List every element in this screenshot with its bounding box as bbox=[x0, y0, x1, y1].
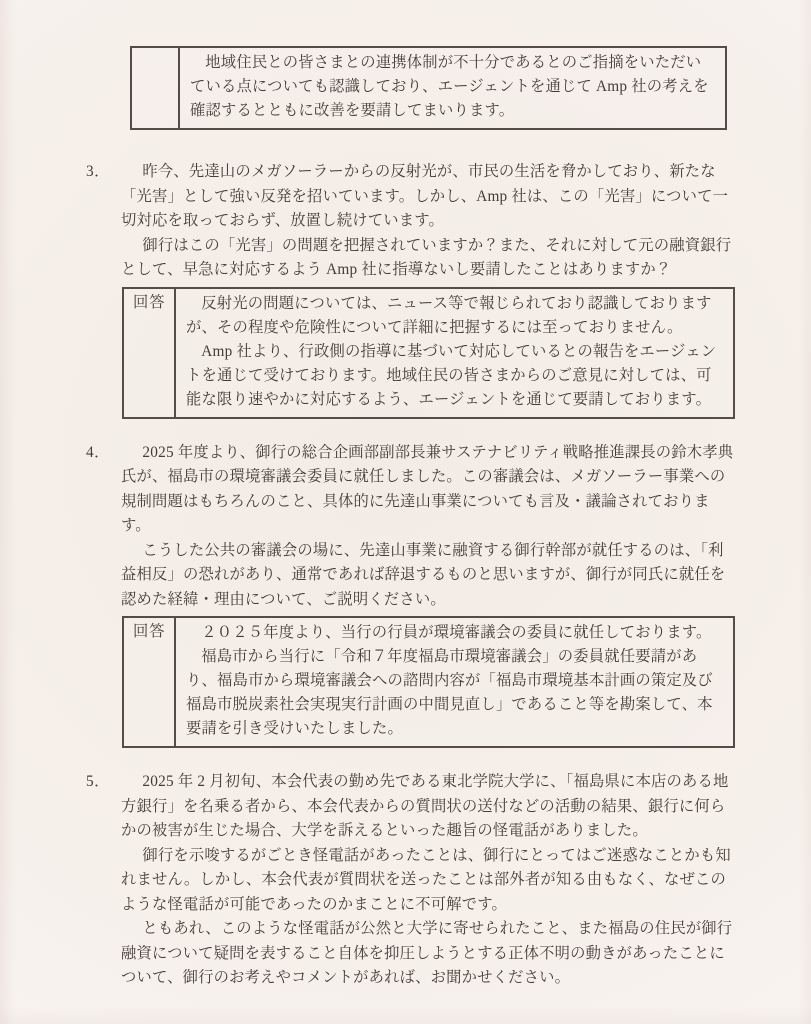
answer-paragraph: 地域住民との皆さまとの連携体制が不十分であるとのご指摘をいただいている点について… bbox=[190, 51, 713, 123]
question-paragraph: ともあれ、このような怪電話が公然と大学に寄せられたこと、また福島の住民が御行融資… bbox=[121, 917, 735, 991]
question-item-body: 昨今、先達山のメガソーラーからの反射光が、市民の生活を脅かしており、新たな「光害… bbox=[121, 160, 735, 283]
item-number: 4． bbox=[86, 441, 121, 613]
answer-continuation-body: 地域住民との皆さまとの連携体制が不十分であるとのご指摘をいただいている点について… bbox=[180, 48, 725, 128]
scanned-document-page: 地域住民との皆さまとの連携体制が不十分であるとのご指摘をいただいている点について… bbox=[0, 0, 811, 1024]
item-number: 5． bbox=[86, 770, 121, 991]
question-item-body: 2025 年 2 月初旬、本会代表の勤め先である東北学院大学に、「福島県に本店の… bbox=[121, 770, 735, 991]
answer-label-cell-empty bbox=[132, 48, 180, 128]
question-paragraph: こうした公共の審議会の場に、先達山事業に融資する御行幹部が就任するのは、「利益相… bbox=[121, 539, 735, 613]
answer-paragraph: 反射光の問題については、ニュース等で報じられており認識しておりますが、その程度や… bbox=[186, 292, 721, 340]
answer-paragraph: ２０２５年度より、当行の行員が環境審議会の委員に就任しております。 bbox=[186, 621, 721, 645]
item-number: 3． bbox=[86, 160, 121, 283]
question-item-3: 3． 昨今、先達山のメガソーラーからの反射光が、市民の生活を脅かしており、新たな… bbox=[86, 160, 811, 283]
question-item-body: 2025 年度より、御行の総合企画部副部長兼サステナビリティ戦略推進課長の鈴木孝… bbox=[121, 441, 735, 613]
question-paragraph: 御行を示唆するがごとき怪電話があったことは、御行にとってはご迷惑なことかも知れま… bbox=[121, 844, 735, 918]
answer-label: 回答 bbox=[124, 618, 176, 746]
answer-label: 回答 bbox=[124, 289, 176, 417]
question-paragraph: 2025 年度より、御行の総合企画部副部長兼サステナビリティ戦略推進課長の鈴木孝… bbox=[121, 441, 735, 539]
answer-paragraph: Amp 社より、行政側の指導に基づいて対応しているとの報告をエージェントを通じて… bbox=[186, 340, 721, 412]
question-item-5: 5． 2025 年 2 月初旬、本会代表の勤め先である東北学院大学に、「福島県に… bbox=[86, 770, 811, 991]
answer-continuation-box: 地域住民との皆さまとの連携体制が不十分であるとのご指摘をいただいている点について… bbox=[130, 46, 727, 130]
spacer bbox=[0, 419, 811, 441]
answer-body: 反射光の問題については、ニュース等で報じられており認識しておりますが、その程度や… bbox=[176, 289, 733, 417]
answer-paragraph: 福島市から当行に「令和７年度福島市環境審議会」の委員就任要請があり、福島市から環… bbox=[186, 645, 721, 741]
answer-box-3: 回答 反射光の問題については、ニュース等で報じられており認識しておりますが、その… bbox=[122, 287, 735, 419]
question-paragraph: 2025 年 2 月初旬、本会代表の勤め先である東北学院大学に、「福島県に本店の… bbox=[121, 770, 735, 844]
answer-box-4: 回答 ２０２５年度より、当行の行員が環境審議会の委員に就任しております。 福島市… bbox=[122, 616, 735, 748]
answer-body: ２０２５年度より、当行の行員が環境審議会の委員に就任しております。 福島市から当… bbox=[176, 618, 733, 746]
question-paragraph: 昨今、先達山のメガソーラーからの反射光が、市民の生活を脅かしており、新たな「光害… bbox=[121, 160, 735, 234]
document-content: 地域住民との皆さまとの連携体制が不十分であるとのご指摘をいただいている点について… bbox=[0, 46, 811, 991]
question-item-4: 4． 2025 年度より、御行の総合企画部副部長兼サステナビリティ戦略推進課長の… bbox=[86, 441, 811, 613]
spacer bbox=[0, 130, 811, 160]
spacer bbox=[0, 748, 811, 770]
question-paragraph: 御行はこの「光害」の問題を把握されていますか？また、それに対して元の融資銀行とし… bbox=[121, 234, 735, 283]
